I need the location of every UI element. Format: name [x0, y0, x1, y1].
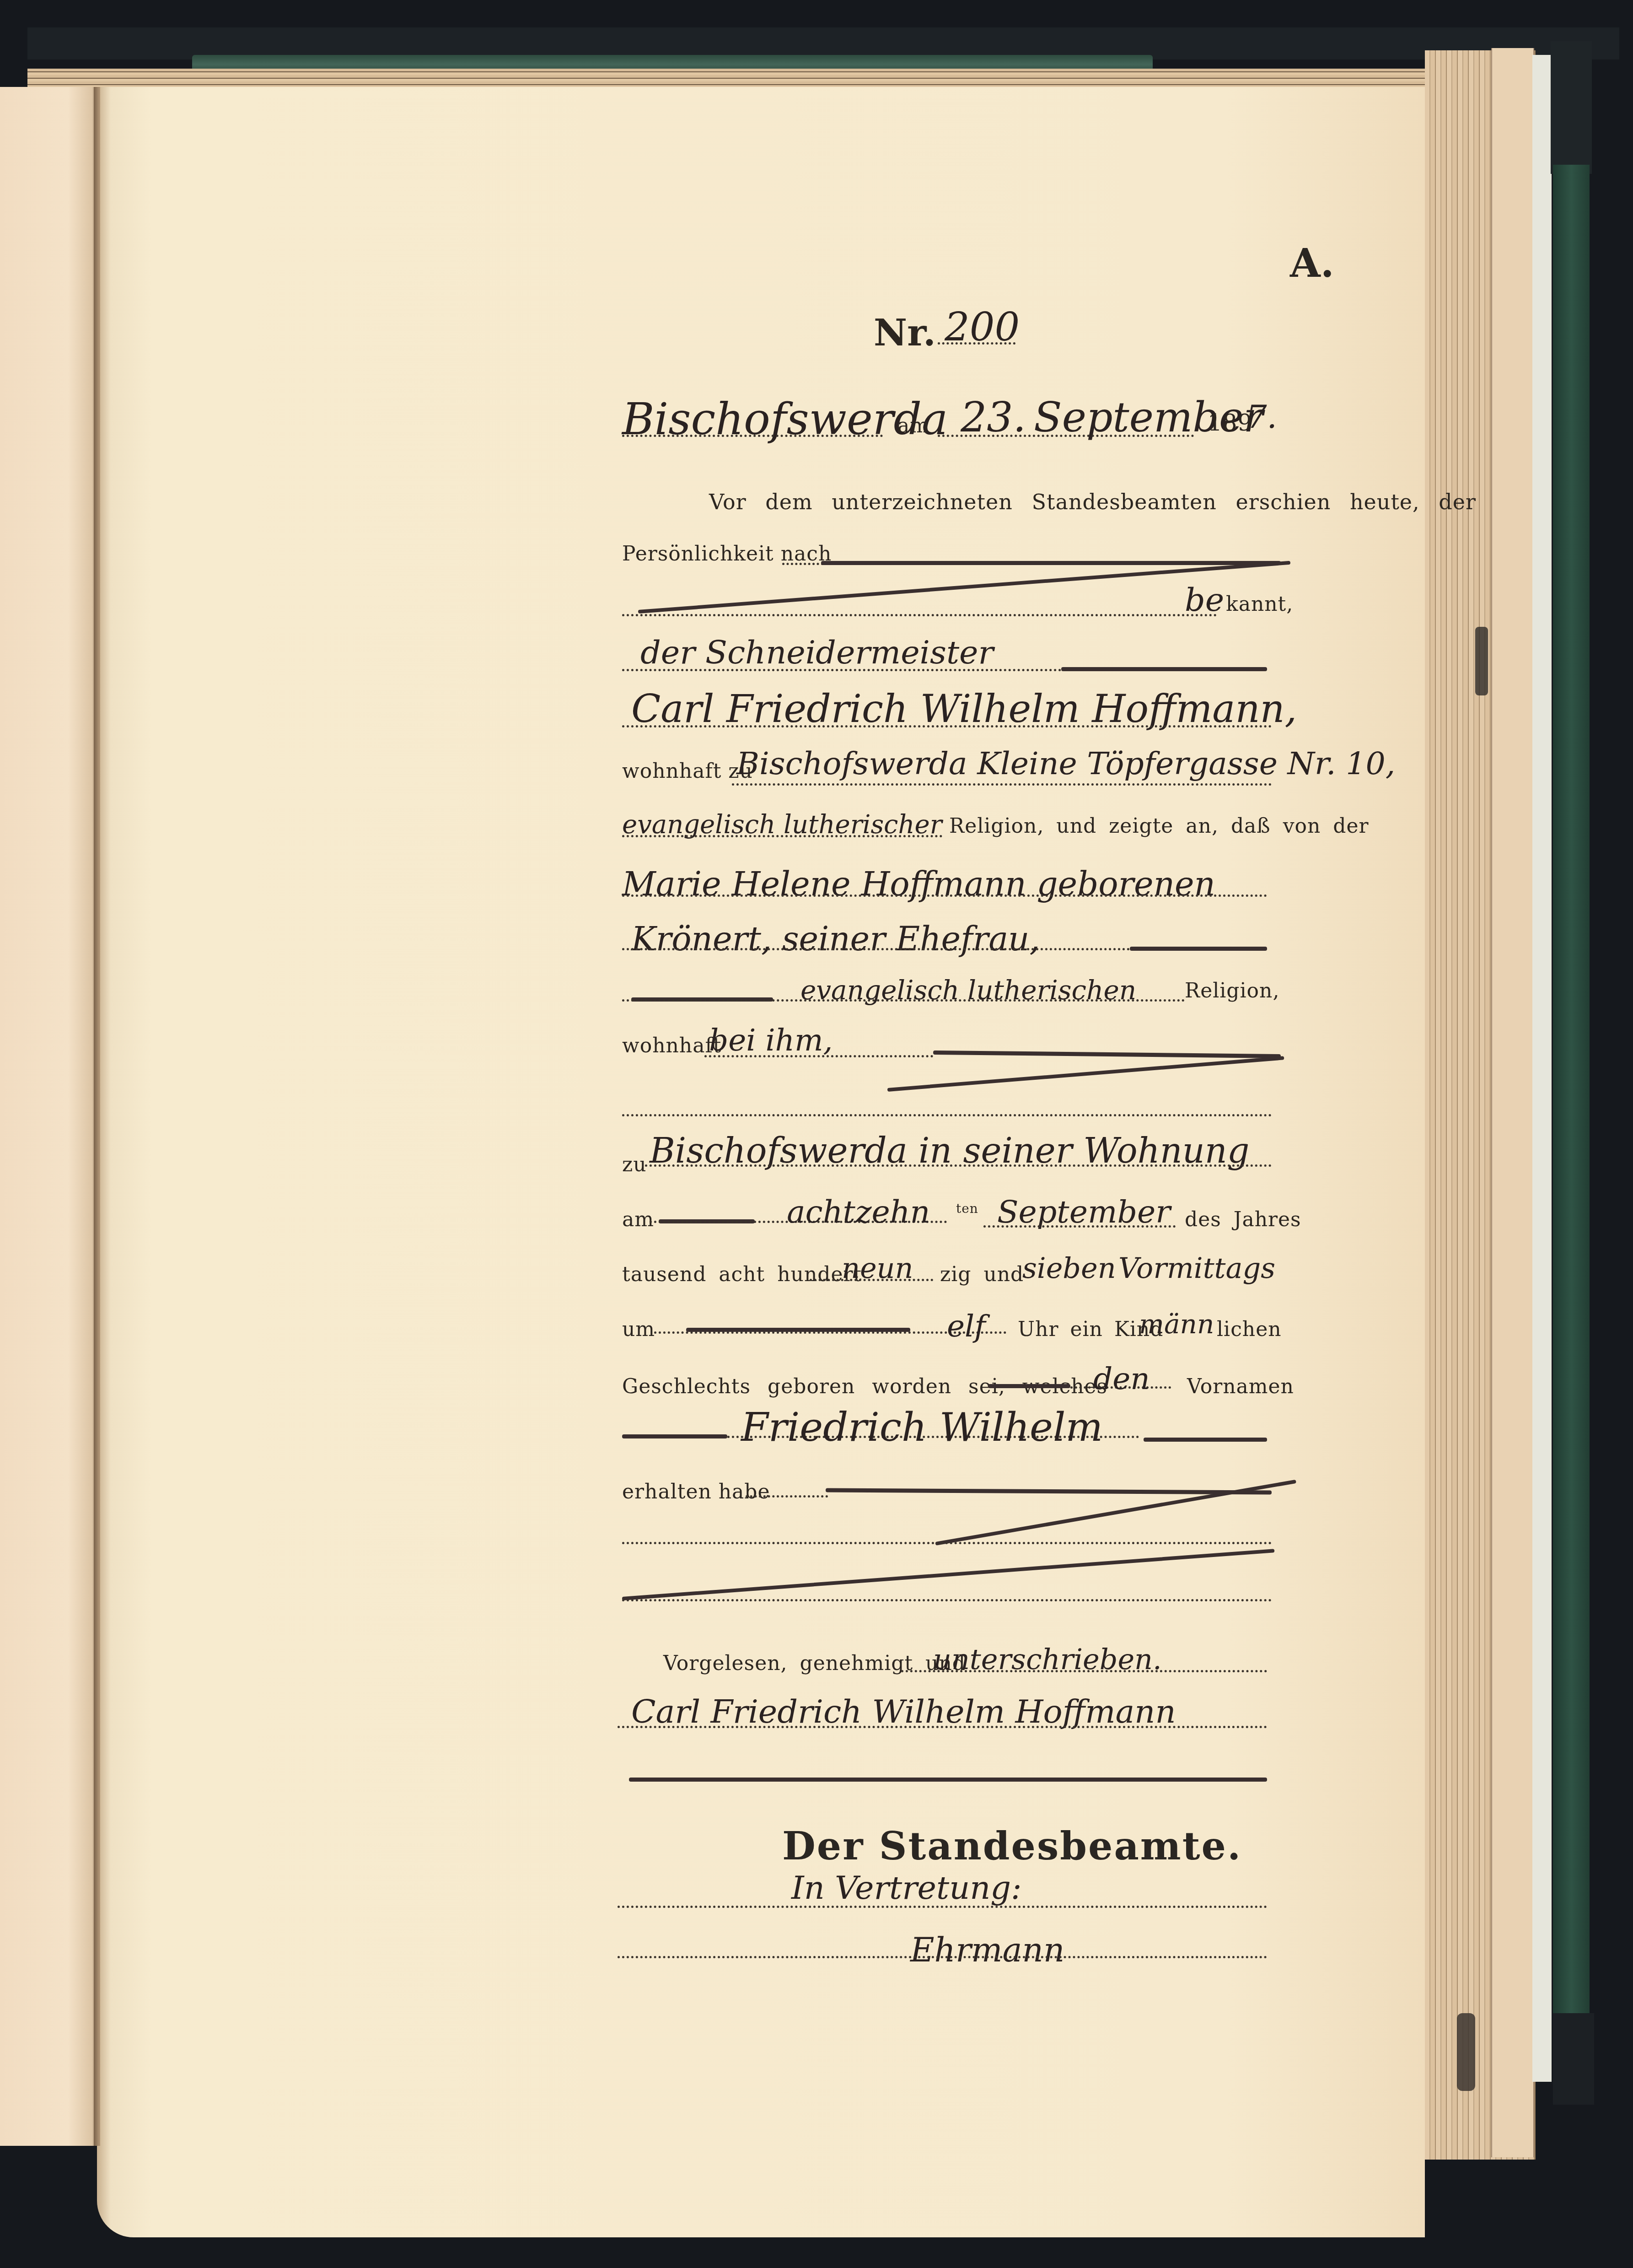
- dotted-line: [622, 1114, 1272, 1116]
- dotted-line: [622, 1599, 1272, 1601]
- cancel-diagonal: [622, 1549, 1275, 1600]
- residence-label: wohnhaft zu: [622, 760, 753, 783]
- cancel-stroke: [1061, 667, 1267, 671]
- cancel-stroke: [622, 1434, 727, 1438]
- year-printed: 189: [1208, 409, 1252, 436]
- am-label: am: [897, 414, 929, 437]
- mother-maiden-name: Krönert, seiner Ehefrau,: [631, 920, 1040, 958]
- informant-signature: Carl Friedrich Wilhelm Hoffmann: [631, 1693, 1176, 1730]
- section-label: A.: [1290, 240, 1334, 286]
- dotted-line: [622, 1542, 1272, 1544]
- cancel-stroke: [1130, 947, 1267, 951]
- dotted-line: [622, 614, 1217, 616]
- registrar-title: Der Standesbeamte.: [782, 1823, 1242, 1869]
- dotted-line: [645, 1164, 1272, 1167]
- dotted-line: [622, 948, 1130, 950]
- dotted-line: [622, 435, 883, 437]
- year-mid: zig und: [940, 1263, 1024, 1286]
- birth-date-label: am: [622, 1208, 654, 1231]
- dotted-line: [622, 835, 942, 837]
- hour-label: um: [622, 1318, 655, 1341]
- book-gutter: [94, 87, 100, 2146]
- child-sex-printed: lichen: [1217, 1318, 1282, 1341]
- single-page-edge: [1491, 48, 1534, 2157]
- cancel-stroke: [933, 1050, 1281, 1058]
- mother-residence-label: wohnhaft: [622, 1034, 721, 1057]
- ink-stain: [1475, 627, 1488, 695]
- informant-residence: Bischofswerda Kleine Töpfergasse Nr. 10,: [736, 746, 1395, 782]
- erhalten-label: erhalten habe: [622, 1480, 770, 1503]
- ink-stain: [1457, 2013, 1475, 2091]
- dotted-line: [746, 1495, 828, 1498]
- dotted-line: [622, 669, 1061, 671]
- record-number-label: Nr.: [874, 311, 936, 354]
- birth-day-suffix: ten: [956, 1201, 978, 1216]
- mother-religion-label: Religion,: [1185, 979, 1279, 1002]
- mother-residence: bei ihm,: [709, 1023, 833, 1058]
- cover-spine-dark-bottom: [1553, 2013, 1594, 2105]
- cancel-stroke: [826, 1488, 1272, 1494]
- dotted-line: [622, 725, 1272, 727]
- child-given-names: Friedrich Wilhelm: [741, 1405, 1103, 1450]
- registrar-line1: In Vertretung:: [791, 1869, 1022, 1907]
- cancel-stroke: [821, 561, 1281, 565]
- registrar-signature: Ehrmann: [910, 1931, 1064, 1969]
- informant-name: Carl Friedrich Wilhelm Hoffmann,: [631, 686, 1297, 731]
- article: den: [1093, 1361, 1150, 1396]
- dotted-line: [732, 783, 1272, 786]
- dotted-line: [618, 1956, 1267, 1958]
- cancel-stroke: [629, 1778, 1267, 1782]
- identity-suffix: kannt,: [1226, 593, 1293, 616]
- dotted-line: [704, 1055, 933, 1057]
- identity-label: Persönlichkeit nach: [622, 542, 832, 566]
- birth-hour: elf: [947, 1309, 986, 1344]
- mother-religion: evangelisch lutherischen: [800, 975, 1136, 1006]
- cancel-stroke: [988, 1384, 1070, 1388]
- left-page: [0, 87, 97, 2146]
- mother-name: Marie Helene Hoffmann geborenen: [622, 865, 1215, 903]
- intro-line: Vor dem unterzeichneten Standesbeamten e…: [709, 490, 1476, 514]
- informant-occupation: der Schneidermeister: [640, 634, 994, 671]
- year-label: des Jahres: [1185, 1208, 1301, 1231]
- dotted-line: [782, 563, 823, 565]
- year-prefix: tausend acht hundert: [622, 1263, 862, 1286]
- vornamen-label: Vornamen: [1187, 1375, 1294, 1398]
- time-of-day: Vormittags: [1118, 1251, 1275, 1285]
- year-handwritten: 7.: [1246, 398, 1277, 436]
- cancel-stroke: [686, 1328, 910, 1332]
- cancel-stroke: [1144, 1438, 1267, 1442]
- dotted-line: [983, 1225, 1176, 1228]
- dotted-line: [622, 894, 1267, 897]
- year-units: sieben: [1022, 1251, 1116, 1285]
- religion-statement: Religion, und zeigte an, daß von der: [949, 814, 1369, 838]
- dotted-line: [618, 1906, 1267, 1908]
- cover-spine-dark: [1551, 41, 1592, 174]
- dotted-line: [618, 1726, 1267, 1728]
- birth-place-label: zu: [622, 1153, 647, 1176]
- dotted-line: [810, 1279, 933, 1281]
- cover-board: [1532, 55, 1552, 2082]
- closing-handwritten: unterschrieben.: [933, 1643, 1162, 1676]
- birth-day: achtzehn: [787, 1194, 930, 1230]
- dotted-line: [938, 342, 1015, 345]
- cancel-diagonal: [887, 1056, 1284, 1092]
- birth-register-form: A. Nr. 200 Bischofswerda am 23. Septembe…: [595, 0, 1372, 2268]
- dotted-line: [938, 435, 1194, 437]
- cover-spine-green: [1553, 165, 1590, 2022]
- child-sex-handwritten: männ: [1139, 1309, 1214, 1340]
- identity-handwritten: be: [1185, 581, 1224, 619]
